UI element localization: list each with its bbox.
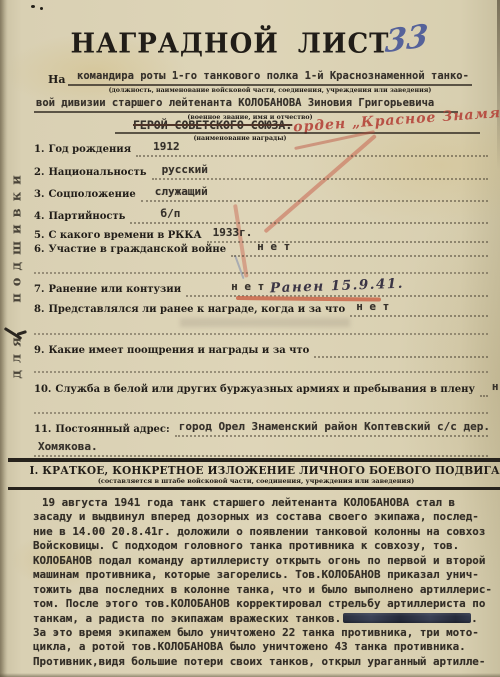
- recipient-line1: командира роты 1-го танкового полка 1-й …: [77, 70, 469, 82]
- blank-dotted-line: [34, 272, 488, 274]
- field-value: н е т: [492, 380, 500, 393]
- body-line-redacted: танкам, а радиста по экипажам вражеских …: [33, 612, 498, 626]
- field-value: служащий: [155, 185, 208, 198]
- field-row-3: 3. Соцположение служащий: [34, 185, 488, 202]
- award-sheet-scan: для подшивки НАГРАДНОЙ ЛИСТ 33 На команд…: [0, 0, 500, 677]
- field-value: город Орел Знаменский район Коптевский с…: [179, 420, 490, 433]
- body-line: том. После этого тов.КОЛОБАНОВ корректир…: [33, 597, 498, 611]
- field-line: б/п: [130, 205, 488, 224]
- field-underline: [115, 132, 480, 134]
- field-label: Партийность: [48, 211, 125, 224]
- field-label: Какие имеет поощрения и награды и за что: [48, 345, 309, 358]
- field-number: 9.: [34, 345, 44, 358]
- body-line: Войсковицы. С подходом головного танка п…: [33, 539, 498, 553]
- redaction-period: .: [471, 612, 478, 625]
- ink-dot: [31, 5, 35, 8]
- field-row-8: 8. Представлялся ли ранее к награде, ког…: [34, 300, 488, 317]
- field-number: 4.: [34, 211, 44, 224]
- field-line: город Орел Знаменский район Коптевский с…: [175, 418, 488, 437]
- field-row-6: 6. Участие в гражданской войне н е т: [34, 240, 488, 257]
- section-caption: (составляется в штабе войсковой части, с…: [20, 477, 492, 485]
- ink-dot: [40, 7, 43, 10]
- field-number: 8.: [34, 304, 44, 317]
- field-row-4: 4. Партийность б/п: [34, 207, 488, 224]
- handwritten-number-mark: 33: [384, 18, 429, 61]
- line1-caption: (должность, наименование войсковой части…: [90, 87, 450, 94]
- field-number: 3.: [34, 189, 44, 202]
- field-label: Постоянный адрес:: [55, 424, 169, 437]
- body-line: машинам противника, которые загорелись. …: [33, 568, 498, 582]
- field-value: н е т: [257, 240, 290, 253]
- field-number: 1.: [34, 144, 44, 157]
- field-line: [314, 339, 488, 358]
- page-title: НАГРАДНОЙ ЛИСТ: [50, 28, 410, 60]
- field-value: б/п: [160, 207, 180, 220]
- field-label: Год рождения: [48, 144, 131, 157]
- section-rule-top: [8, 458, 500, 462]
- body-line-text: танкам, а радиста по экипажам вражеских …: [33, 612, 341, 625]
- field-number: 2.: [34, 167, 44, 180]
- field-number: 11.: [34, 424, 51, 437]
- field-row-2: 2. Национальность русский: [34, 163, 488, 180]
- field-line: н е т Ранен 15.9.41.: [186, 278, 488, 297]
- field-label: Ранение или контузии: [48, 284, 181, 297]
- field-number: 7.: [34, 284, 44, 297]
- section-title: I. КРАТКОЕ, КОНКРЕТНОЕ ИЗЛОЖЕНИЕ ЛИЧНОГО…: [29, 464, 482, 477]
- body-line: тожить два последних в колонне танка, чт…: [33, 583, 498, 597]
- citation-body: 19 августа 1941 года танк старшего лейте…: [33, 496, 498, 669]
- field-line: служащий: [141, 183, 488, 202]
- field-row-11-continued: Хомякова.: [34, 440, 488, 457]
- wounded-handwritten-note: Ранен 15.9.41.: [270, 276, 404, 297]
- field-number: 6.: [34, 244, 44, 257]
- field-row-7: 7. Ранение или контузии н е т Ранен 15.9…: [34, 280, 488, 297]
- field-label: Соцположение: [48, 189, 135, 202]
- body-line: Противник,видя большие потери своих танк…: [33, 655, 498, 669]
- redacted-text: [343, 613, 471, 623]
- field-line: н е т: [231, 238, 488, 257]
- field-label: Представлялся ли ранее к награде, когда …: [48, 304, 345, 317]
- field-underline: [68, 84, 472, 86]
- body-line: ние в 14.00 20.8.41г. доложили о появлен…: [33, 525, 498, 539]
- field-value: н е т: [231, 280, 264, 293]
- field-row-11: 11. Постоянный адрес: город Орел Знаменс…: [34, 420, 488, 437]
- field-value: н е т: [356, 300, 389, 313]
- section-rule-bottom: [8, 487, 500, 490]
- body-line: За это время экипажем было уничтожено 22…: [33, 626, 498, 640]
- field-value: русский: [162, 163, 208, 176]
- bleed-through-smudge: [180, 318, 350, 327]
- blank-dotted-line: [34, 412, 488, 414]
- paper-bottom-edge: [0, 673, 500, 677]
- field-line: русский: [152, 161, 488, 180]
- body-line: засаду и выдвинул вперед дозорных из сос…: [33, 510, 498, 524]
- field-label: Национальность: [48, 167, 146, 180]
- award-typed-struck: ГЕРОЙ СОВЕТСКОГО СОЮЗА.: [133, 118, 292, 132]
- field-line: 1912: [136, 138, 488, 157]
- body-line: 19 августа 1941 года танк старшего лейте…: [33, 496, 498, 510]
- margin-filing-note: для подшивки: [10, 114, 25, 434]
- field-line: Хомякова.: [34, 438, 488, 457]
- field-line: н е т: [480, 378, 488, 397]
- na-label: На: [48, 73, 66, 86]
- field-number: 10.: [34, 384, 51, 397]
- field-row-1: 1. Год рождения 1912: [34, 140, 488, 157]
- field-row-9: 9. Какие имеет поощрения и награды и за …: [34, 341, 488, 358]
- field-value: 1912: [153, 140, 180, 153]
- blank-dotted-line: [34, 333, 488, 335]
- paper-left-edge: [0, 0, 8, 677]
- body-line: цикла, а ротой тов.КОЛОБАНОВА было уничт…: [33, 640, 498, 654]
- field-value: Хомякова.: [38, 440, 98, 453]
- field-label: Участие в гражданской войне: [48, 244, 226, 257]
- field-row-10: 10. Служба в белой или других буржуазных…: [34, 380, 488, 397]
- field-line: н е т: [350, 298, 488, 317]
- field-label: Служба в белой или других буржуазных арм…: [55, 384, 474, 397]
- recipient-line2: вой дивизии старшего лейтенанта КОЛОБАНО…: [36, 97, 434, 109]
- body-line: КОЛОБАНОВ подал команду артиллеристу отк…: [33, 554, 498, 568]
- blank-dotted-line: [34, 371, 488, 373]
- award-handwritten-red: орден „Красное Знамя": [293, 104, 500, 135]
